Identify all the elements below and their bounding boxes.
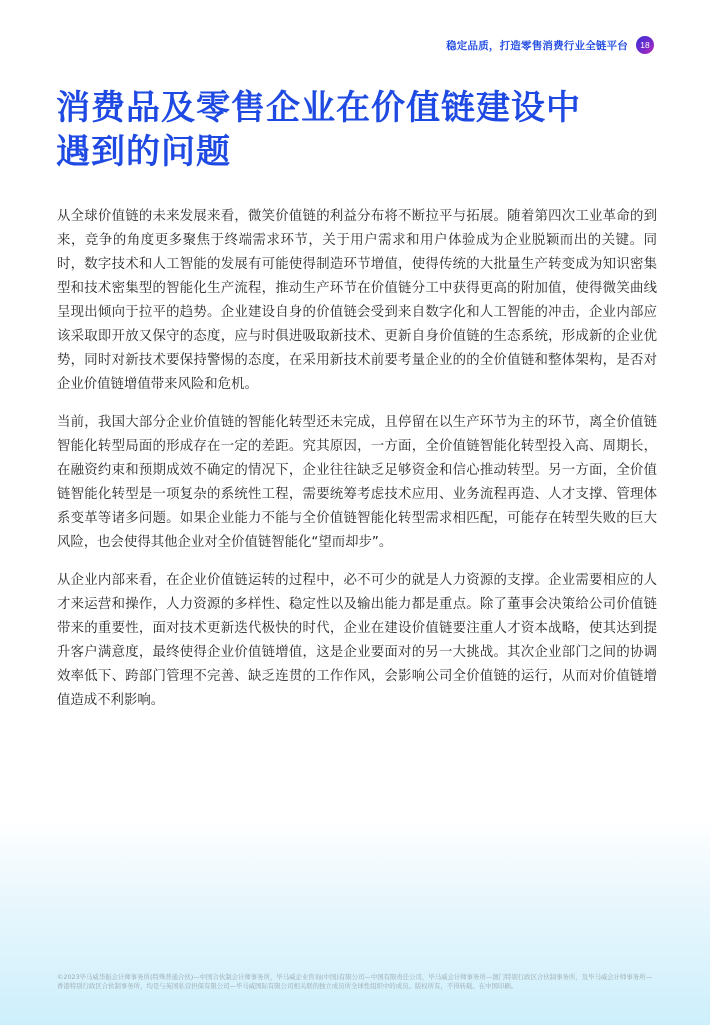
running-header: 稳定品质，打造零售消费行业全链平台 18 (446, 36, 654, 54)
header-tagline: 稳定品质，打造零售消费行业全链平台 (446, 38, 628, 53)
page-title-line-2: 遇到的问题 (56, 132, 231, 172)
copyright-footer: ©2023毕马威华振会计师事务所(特殊普通合伙)—中国合伙制会计师事务所，毕马威… (57, 973, 657, 991)
paragraph-human-resources: 从企业内部来看，在企业价值链运转的过程中，必不可少的就是人力资源的支撑。企业需要… (57, 569, 657, 713)
body-text: 从全球价值链的未来发展来看，微笑价值链的利益分布将不断拉平与拓展。随着第四次工业… (57, 205, 657, 727)
page-number-badge: 18 (636, 36, 654, 54)
paragraph-global-value-chain: 从全球价值链的未来发展来看，微笑价值链的利益分布将不断拉平与拓展。随着第四次工业… (57, 205, 657, 397)
page-title-line-1: 消费品及零售企业在价值链建设中 (56, 88, 581, 128)
page-title: 消费品及零售企业在价值链建设中 遇到的问题 (56, 86, 656, 174)
paragraph-intelligent-transformation: 当前，我国大部分企业价值链的智能化转型还未完成，且停留在以生产环节为主的环节，离… (57, 411, 657, 555)
